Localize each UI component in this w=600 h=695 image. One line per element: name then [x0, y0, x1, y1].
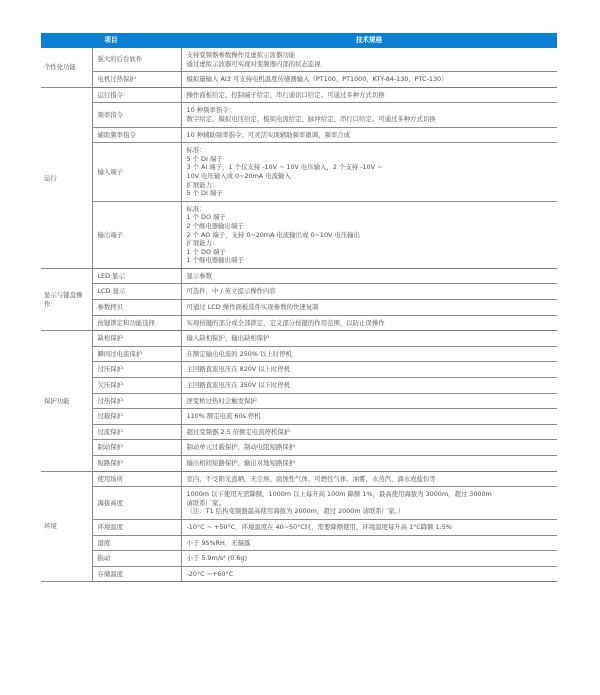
table-row: 湿度小于 95%RH，无凝露 — [41, 535, 557, 551]
table-row: 频率指令10 种频率指令：数字给定、模拟电压给定、模拟电流给定、脉冲给定、串行口… — [41, 103, 557, 127]
item-cell: 参数拷贝 — [92, 300, 181, 316]
item-cell: 强大的后台软件 — [92, 48, 181, 72]
spec-line: 2 个 AO 端子，支持 0~20mA 电流输出或 0~10V 电压输出 — [187, 231, 554, 240]
spec-cell: 10 种辅助频率指令。可灵活实现辅助频率微调、频率合成 — [181, 127, 557, 143]
spec-line: （注：T1 结构变频器最高使用海拔为 2000m，超过 2000m 请联系厂家。… — [187, 507, 554, 516]
spec-cell: -10°C ~ +50°C，环境温度在 40~50°C时，需要降额使用，环境温度… — [181, 519, 557, 535]
category-cell: 环境 — [41, 471, 92, 582]
spec-line: 110% 额定电流 60s 停机 — [187, 412, 554, 421]
spec-line: 超过变频器 2.5 倍额定电流停机保护 — [187, 428, 554, 437]
spec-cell: 制动单元过载保护，制动电阻短路保护 — [181, 440, 557, 456]
spec-line: 1 个 DO 端子 — [187, 213, 554, 222]
spec-line: 可通过 LCD 操作面板选件实现参数的快速复制 — [187, 303, 554, 312]
spec-line: 室内，不受阳光直晒，无尘埃、腐蚀性气体、可燃性气体、油雾、水蒸汽、滴水或盐份等 — [187, 475, 554, 484]
item-cell: 过压保护 — [92, 362, 181, 378]
item-cell: 按键锁定和功能选择 — [92, 315, 181, 331]
category-cell: 保护功能 — [41, 331, 92, 471]
spec-line: -10°C ~ +50°C，环境温度在 40~50°C时，需要降额使用，环境温度… — [187, 523, 554, 532]
spec-cell: 1000m 以下使用无需降额，1000m 以上每升高 100m 降额 1%，最高… — [181, 487, 557, 520]
item-cell: 欠压保护 — [92, 378, 181, 394]
item-cell: 过载保护 — [92, 409, 181, 425]
spec-line: 小于 95%RH，无凝露 — [187, 539, 554, 548]
spec-line: 显示参数 — [187, 272, 554, 281]
table-row: 过热保护逆变桥过热时会触发保护 — [41, 393, 557, 409]
table-row: 振动小于 5.9m/s² (0.6g) — [41, 551, 557, 567]
spec-line: 操作面板给定、控制端子给定、串行通讯口给定。可通过多种方式切换 — [187, 91, 554, 100]
spec-line: 小于 5.9m/s² (0.6g) — [187, 554, 554, 563]
spec-line: -20°C ~+60°C — [187, 570, 554, 579]
category-cell: 显示与键盘操作 — [41, 268, 92, 330]
table-row: 瞬间过电流保护在额定输出电流的 250% 以上时停机 — [41, 346, 557, 362]
spec-cell: 小于 5.9m/s² (0.6g) — [181, 551, 557, 567]
spec-line: 2 个继电器输出端子 — [187, 222, 554, 231]
item-cell: 海拔高度 — [92, 487, 181, 520]
table-row: LCD 显示可选件，中 / 英文提示操作内容 — [41, 284, 557, 300]
spec-cell: 主回路直流电压在 350V 以下时停机 — [181, 378, 557, 394]
spec-cell: 模拟量输入 AI3 可支持电机温度传感器输入（PT100、PT1000、KTY-… — [181, 72, 557, 88]
item-cell: LCD 显示 — [92, 284, 181, 300]
spec-line: 1 个 DO 端子 — [187, 248, 554, 257]
spec-cell: 支持变频器参数操作及虚拟示波器功能通过虚拟示波器可实现对变频器内部的状态监视 — [181, 48, 557, 72]
spec-cell: 逆变桥过热时会触发保护 — [181, 393, 557, 409]
spec-cell: 显示参数 — [181, 268, 557, 284]
item-cell: 瞬间过电流保护 — [92, 346, 181, 362]
header-spec: 技术规格 — [181, 33, 557, 48]
table-row: 存储温度-20°C ~+60°C — [41, 566, 557, 582]
table-row: 保护功能缺相保护输入缺相保护，输出缺相保护 — [41, 331, 557, 347]
spec-line: 扩展能力： — [187, 181, 554, 190]
item-cell: 辅助频率指令 — [92, 127, 181, 143]
table-row: 运行运行指令操作面板给定、控制端子给定、串行通讯口给定。可通过多种方式切换 — [41, 87, 557, 103]
header-item: 项目 — [41, 33, 181, 48]
table-row: 输出端子标准：1 个 DO 端子2 个继电器输出端子2 个 AO 端子，支持 0… — [41, 201, 557, 268]
table-row: 环境温度-10°C ~ +50°C，环境温度在 40~50°C时，需要降额使用，… — [41, 519, 557, 535]
spec-cell: 超过变频器 2.5 倍额定电流停机保护 — [181, 424, 557, 440]
category-cell: 运行 — [41, 87, 92, 268]
spec-line: 制动单元过载保护，制动电阻短路保护 — [187, 443, 554, 452]
table-row: 个性化功能强大的后台软件支持变频器参数操作及虚拟示波器功能通过虚拟示波器可实现对… — [41, 48, 557, 72]
spec-line: 3 个 AI 端子，1 个仅支持 -10V ~ 10V 电压输入，2 个支持 -… — [187, 163, 554, 172]
spec-line: 通过虚拟示波器可实现对变频器内部的状态监视 — [187, 60, 554, 69]
item-cell: 短路保护 — [92, 456, 181, 472]
spec-line: 5 个 DI 端子 — [187, 189, 554, 198]
table-row: 过流保护超过变频器 2.5 倍额定电流停机保护 — [41, 424, 557, 440]
spec-line: 10 种频率指令： — [187, 106, 554, 115]
spec-cell: 主回路直流电压在 820V 以上时停机 — [181, 362, 557, 378]
spec-table: 项目 技术规格 个性化功能强大的后台软件支持变频器参数操作及虚拟示波器功能通过虚… — [41, 33, 557, 582]
spec-line: 支持变频器参数操作及虚拟示波器功能 — [187, 51, 554, 60]
table-row: 输入端子标准：5 个 DI 端子3 个 AI 端子，1 个仅支持 -10V ~ … — [41, 143, 557, 202]
spec-line: 标准： — [187, 146, 554, 155]
item-cell: 使用场所 — [92, 471, 181, 487]
item-cell: 湿度 — [92, 535, 181, 551]
spec-cell: 操作面板给定、控制端子给定、串行通讯口给定。可通过多种方式切换 — [181, 87, 557, 103]
table-row: 电机过热保护模拟量输入 AI3 可支持电机温度传感器输入（PT100、PT100… — [41, 72, 557, 88]
spec-line: 扩展能力： — [187, 239, 554, 248]
item-cell: 环境温度 — [92, 519, 181, 535]
table-row: 欠压保护主回路直流电压在 350V 以下时停机 — [41, 378, 557, 394]
spec-cell: -20°C ~+60°C — [181, 566, 557, 582]
table-row: 参数拷贝可通过 LCD 操作面板选件实现参数的快速复制 — [41, 300, 557, 316]
table-row: 按键锁定和功能选择实现按键的部分或全部锁定，定义部分按键的作用范围，以防止误操作 — [41, 315, 557, 331]
table-row: 制动保护制动单元过载保护，制动电阻短路保护 — [41, 440, 557, 456]
item-cell: 缺相保护 — [92, 331, 181, 347]
table-row: 辅助频率指令10 种辅助频率指令。可灵活实现辅助频率微调、频率合成 — [41, 127, 557, 143]
spec-line: 主回路直流电压在 820V 以上时停机 — [187, 365, 554, 374]
table-row: 短路保护输出相间短路保护，输出对地短路保护 — [41, 456, 557, 472]
category-cell: 个性化功能 — [41, 48, 92, 87]
spec-cell: 小于 95%RH，无凝露 — [181, 535, 557, 551]
spec-cell: 输出相间短路保护，输出对地短路保护 — [181, 456, 557, 472]
spec-cell: 可通过 LCD 操作面板选件实现参数的快速复制 — [181, 300, 557, 316]
spec-line: 输出相间短路保护，输出对地短路保护 — [187, 459, 554, 468]
item-cell: LED 显示 — [92, 268, 181, 284]
spec-line: 实现按键的部分或全部锁定，定义部分按键的作用范围，以防止误操作 — [187, 319, 554, 328]
item-cell: 输出端子 — [92, 201, 181, 268]
spec-line: 输入缺相保护，输出缺相保护 — [187, 334, 554, 343]
spec-line: 10V 电压输入或 0~20mA 电流输入 — [187, 172, 554, 181]
spec-cell: 实现按键的部分或全部锁定，定义部分按键的作用范围，以防止误操作 — [181, 315, 557, 331]
spec-line: 1 个继电器输出端子 — [187, 256, 554, 265]
item-cell: 运行指令 — [92, 87, 181, 103]
spec-line: 1000m 以下使用无需降额，1000m 以上每升高 100m 降额 1%，最高… — [187, 490, 554, 499]
spec-line: 模拟量输入 AI3 可支持电机温度传感器输入（PT100、PT1000、KTY-… — [187, 75, 554, 84]
spec-line: 可选件，中 / 英文提示操作内容 — [187, 287, 554, 296]
spec-line: 在额定输出电流的 250% 以上时停机 — [187, 350, 554, 359]
item-cell: 过流保护 — [92, 424, 181, 440]
spec-line: 标准： — [187, 205, 554, 214]
item-cell: 过热保护 — [92, 393, 181, 409]
table-row: 海拔高度1000m 以下使用无需降额，1000m 以上每升高 100m 降额 1… — [41, 487, 557, 520]
spec-cell: 标准：5 个 DI 端子3 个 AI 端子，1 个仅支持 -10V ~ 10V … — [181, 143, 557, 202]
spec-cell: 标准：1 个 DO 端子2 个继电器输出端子2 个 AO 端子，支持 0~20m… — [181, 201, 557, 268]
spec-line: 数字给定、模拟电压给定、模拟电流给定、脉冲给定、串行口给定。可通过多种方式切换 — [187, 115, 554, 124]
spec-line: 逆变桥过热时会触发保护 — [187, 397, 554, 406]
spec-line: 主回路直流电压在 350V 以下时停机 — [187, 381, 554, 390]
spec-cell: 室内，不受阳光直晒，无尘埃、腐蚀性气体、可燃性气体、油雾、水蒸汽、滴水或盐份等 — [181, 471, 557, 487]
table-row: 显示与键盘操作LED 显示显示参数 — [41, 268, 557, 284]
item-cell: 输入端子 — [92, 143, 181, 202]
item-cell: 振动 — [92, 551, 181, 567]
spec-cell: 110% 额定电流 60s 停机 — [181, 409, 557, 425]
item-cell: 制动保护 — [92, 440, 181, 456]
spec-cell: 在额定输出电流的 250% 以上时停机 — [181, 346, 557, 362]
table-row: 过载保护110% 额定电流 60s 停机 — [41, 409, 557, 425]
table-row: 过压保护主回路直流电压在 820V 以上时停机 — [41, 362, 557, 378]
table-header-row: 项目 技术规格 — [41, 33, 557, 48]
spec-cell: 输入缺相保护，输出缺相保护 — [181, 331, 557, 347]
item-cell: 电机过热保护 — [92, 72, 181, 88]
table-row: 环境使用场所室内，不受阳光直晒，无尘埃、腐蚀性气体、可燃性气体、油雾、水蒸汽、滴… — [41, 471, 557, 487]
item-cell: 存储温度 — [92, 566, 181, 582]
item-cell: 频率指令 — [92, 103, 181, 127]
spec-cell: 10 种频率指令：数字给定、模拟电压给定、模拟电流给定、脉冲给定、串行口给定。可… — [181, 103, 557, 127]
spec-line: 10 种辅助频率指令。可灵活实现辅助频率微调、频率合成 — [187, 131, 554, 140]
spec-cell: 可选件，中 / 英文提示操作内容 — [181, 284, 557, 300]
